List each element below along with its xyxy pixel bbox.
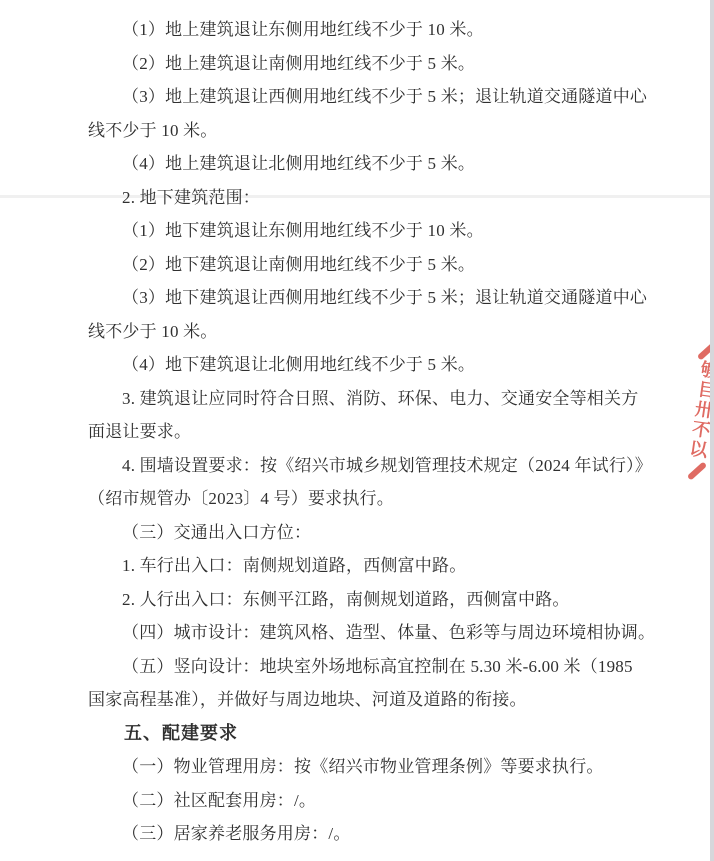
para-vehicle-entrance: 1. 车行出入口：南侧规划道路，西侧富中路。 [88, 549, 688, 583]
para-property-management-room: （一）物业管理用房：按《绍兴市物业管理条例》等要求执行。 [88, 750, 688, 784]
para-above-ground-east-setback: （1）地上建筑退让东侧用地红线不少于 10 米。 [88, 13, 688, 47]
page-edge-strip [710, 0, 714, 861]
para-above-ground-west-setback: （3）地上建筑退让西侧用地红线不少于 5 米；退让轨道交通隧道中心 线不少于 1… [88, 80, 688, 147]
heading-supporting-facilities: 五、配建要求 [88, 717, 688, 751]
para-community-support-room: （二）社区配套用房：/。 [88, 784, 688, 818]
para-traffic-entrance-label: （三）交通出入口方位： [88, 516, 688, 550]
document-body: （1）地上建筑退让东侧用地红线不少于 10 米。 （2）地上建筑退让南侧用地红线… [88, 13, 688, 851]
para-vertical-design: （五）竖向设计：地块室外场地标高宜控制在 5.30 米-6.00 米（1985 … [88, 650, 688, 717]
para-underground-scope-label: 2. 地下建筑范围： [88, 181, 688, 215]
para-underground-west-setback: （3）地下建筑退让西侧用地红线不少于 5 米；退让轨道交通隧道中心 线不少于 1… [88, 281, 688, 348]
para-setback-general-rules: 3. 建筑退让应同时符合日照、消防、环保、电力、交通安全等相关方 面退让要求。 [88, 382, 688, 449]
para-above-ground-north-setback: （4）地上建筑退让北侧用地红线不少于 5 米。 [88, 147, 688, 181]
para-underground-north-setback: （4）地下建筑退让北侧用地红线不少于 5 米。 [88, 348, 688, 382]
para-fence-requirements: 4. 围墙设置要求：按《绍兴市城乡规划管理技术规定（2024 年试行）》 （绍市… [88, 449, 688, 516]
para-elderly-care-room: （三）居家养老服务用房：/。 [88, 817, 688, 851]
para-pedestrian-entrance: 2. 人行出入口：东侧平江路，南侧规划道路，西侧富中路。 [88, 583, 688, 617]
para-underground-south-setback: （2）地下建筑退让南侧用地红线不少于 5 米。 [88, 248, 688, 282]
para-above-ground-south-setback: （2）地上建筑退让南侧用地红线不少于 5 米。 [88, 47, 688, 81]
para-urban-design: （四）城市设计：建筑风格、造型、体量、色彩等与周边环境相协调。 [88, 616, 688, 650]
scanned-document-page: （1）地上建筑退让东侧用地红线不少于 10 米。 （2）地上建筑退让南侧用地红线… [0, 0, 714, 861]
seal-arc-stroke-icon [687, 461, 707, 480]
para-underground-east-setback: （1）地下建筑退让东侧用地红线不少于 10 米。 [88, 214, 688, 248]
